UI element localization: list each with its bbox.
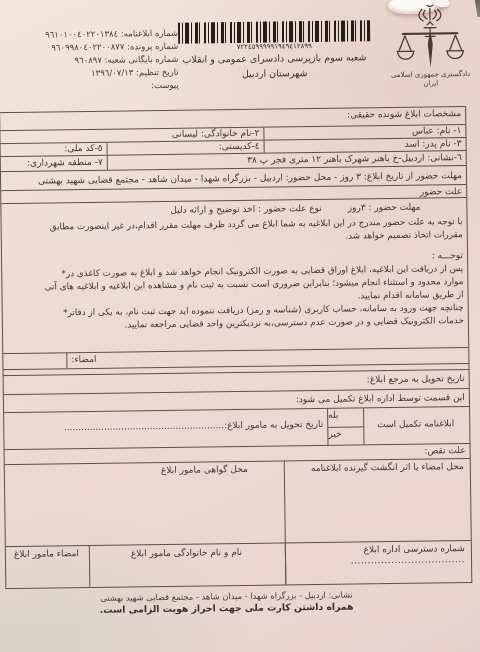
sword-icon [428, 30, 434, 68]
certification-bottom-row: شماره دسترسی اداره ابلاغ ...............… [6, 540, 472, 588]
signature-space [3, 353, 66, 369]
document-page: شماره ابلاغنامه: ٩٦١٠١٠٠٤٠٢٢٠١٣٨٤ شماره … [0, 0, 480, 652]
postal-code-field: ٤-کدپستی: [107, 141, 264, 155]
case-number-label: شماره پرونده: [127, 42, 178, 53]
reference-numbers-block: شماره ابلاغنامه: ٩٦١٠١٠٠٤٠٢٢٠١٣٨٤ شماره … [0, 28, 179, 95]
issue-date-label: تاریخ تنظیم: [136, 68, 179, 79]
reason-type-value: نوع علت حضور : اخذ توضیح و ارائه دلیل [170, 204, 322, 217]
notification-form: مشخصات ابلاغ شونده حقیقی: ١- نام: عباس ٢… [0, 106, 472, 589]
notification-number-value: ٩٦١٠١٠٠٤٠٢٢٠١٣٨٤ [45, 30, 118, 41]
case-number-value: ٩٦٠٩٩٨٠٤٠٢٢٠٠٨٧٧ [51, 42, 124, 53]
national-id-field: ٥-کد ملی: [1, 143, 107, 156]
no-option: خیر [328, 427, 363, 445]
header-center-block: ٧٢٢٤٥٩٩٩٩٩١٩٤٩٤١٢٨٩٩ شعبه سوم بازپرسی دا… [174, 20, 375, 82]
notice-complete-label: ابلاغنامه تکمیل است [363, 407, 469, 444]
officer-signature-cell: امضاء مامور ابلاغ [6, 546, 90, 588]
issue-date-value: ١٣٩٦/٠٧/١٣ [91, 68, 133, 79]
delivery-to-officer-label: تاریخ تحویل به مامور ابلاغ: [224, 420, 323, 431]
district-field: ٧- منطقه شهرداری: [1, 156, 107, 171]
branch-name-line2: شهرستان اردبیل [175, 66, 375, 82]
judiciary-emblem: دادگستری جمهوری اسلامی ایران [388, 2, 473, 89]
org-name-line2: ایران [389, 79, 473, 89]
yes-option: بله [328, 408, 363, 427]
barcode-number: ٧٢٢٤٥٩٩٩٩٩١٩٤٩٤١٢٨٩٩ [174, 41, 374, 52]
certification-table: محل امضاء یا اثر انگشت گیرنده ابلاغنامه … [5, 459, 472, 588]
office-access-number-cell: شماره دسترسی اداره ابلاغ ...............… [285, 541, 472, 584]
completion-table: ابلاغنامه تکمیل است بله خیر تاریخ تحویل … [4, 407, 469, 450]
archive-number-label: شماره بایگانی شعبه: [105, 55, 179, 66]
attachment-row: پیوست: [1, 80, 179, 95]
deadline-value: مهلت حضور : ٣روز [348, 203, 421, 215]
yes-no-cell: بله خیر [327, 408, 363, 444]
archive-number-value: ٩٦٠٨٩٧ [74, 56, 102, 66]
branch-name-line1: شعبه سوم بازپرسی دادسرای عمومی و انقلاب [174, 51, 374, 67]
notification-number-label: شماره ابلاغنامه: [121, 29, 178, 40]
scales-of-justice-icon [395, 2, 466, 71]
attachment-label: پیوست: [151, 81, 179, 91]
officer-name-cell: نام و نام خانوادگی مامور ابلاغ [89, 543, 286, 587]
barcode-image [178, 20, 370, 44]
dotted-fill-line: ........................................… [64, 421, 224, 433]
footer-block: نشانی: اردبیل - بزرگراه شهدا - میدان شاه… [51, 589, 401, 617]
office-access-dotted-line: .................................. [288, 555, 465, 568]
reason-section-body: مهلت حضور : ٣روز نوع علت حضور : اخذ توضی… [1, 198, 468, 354]
delivery-to-officer-cell: تاریخ تحویل به مامور ابلاغ:.............… [4, 409, 327, 449]
